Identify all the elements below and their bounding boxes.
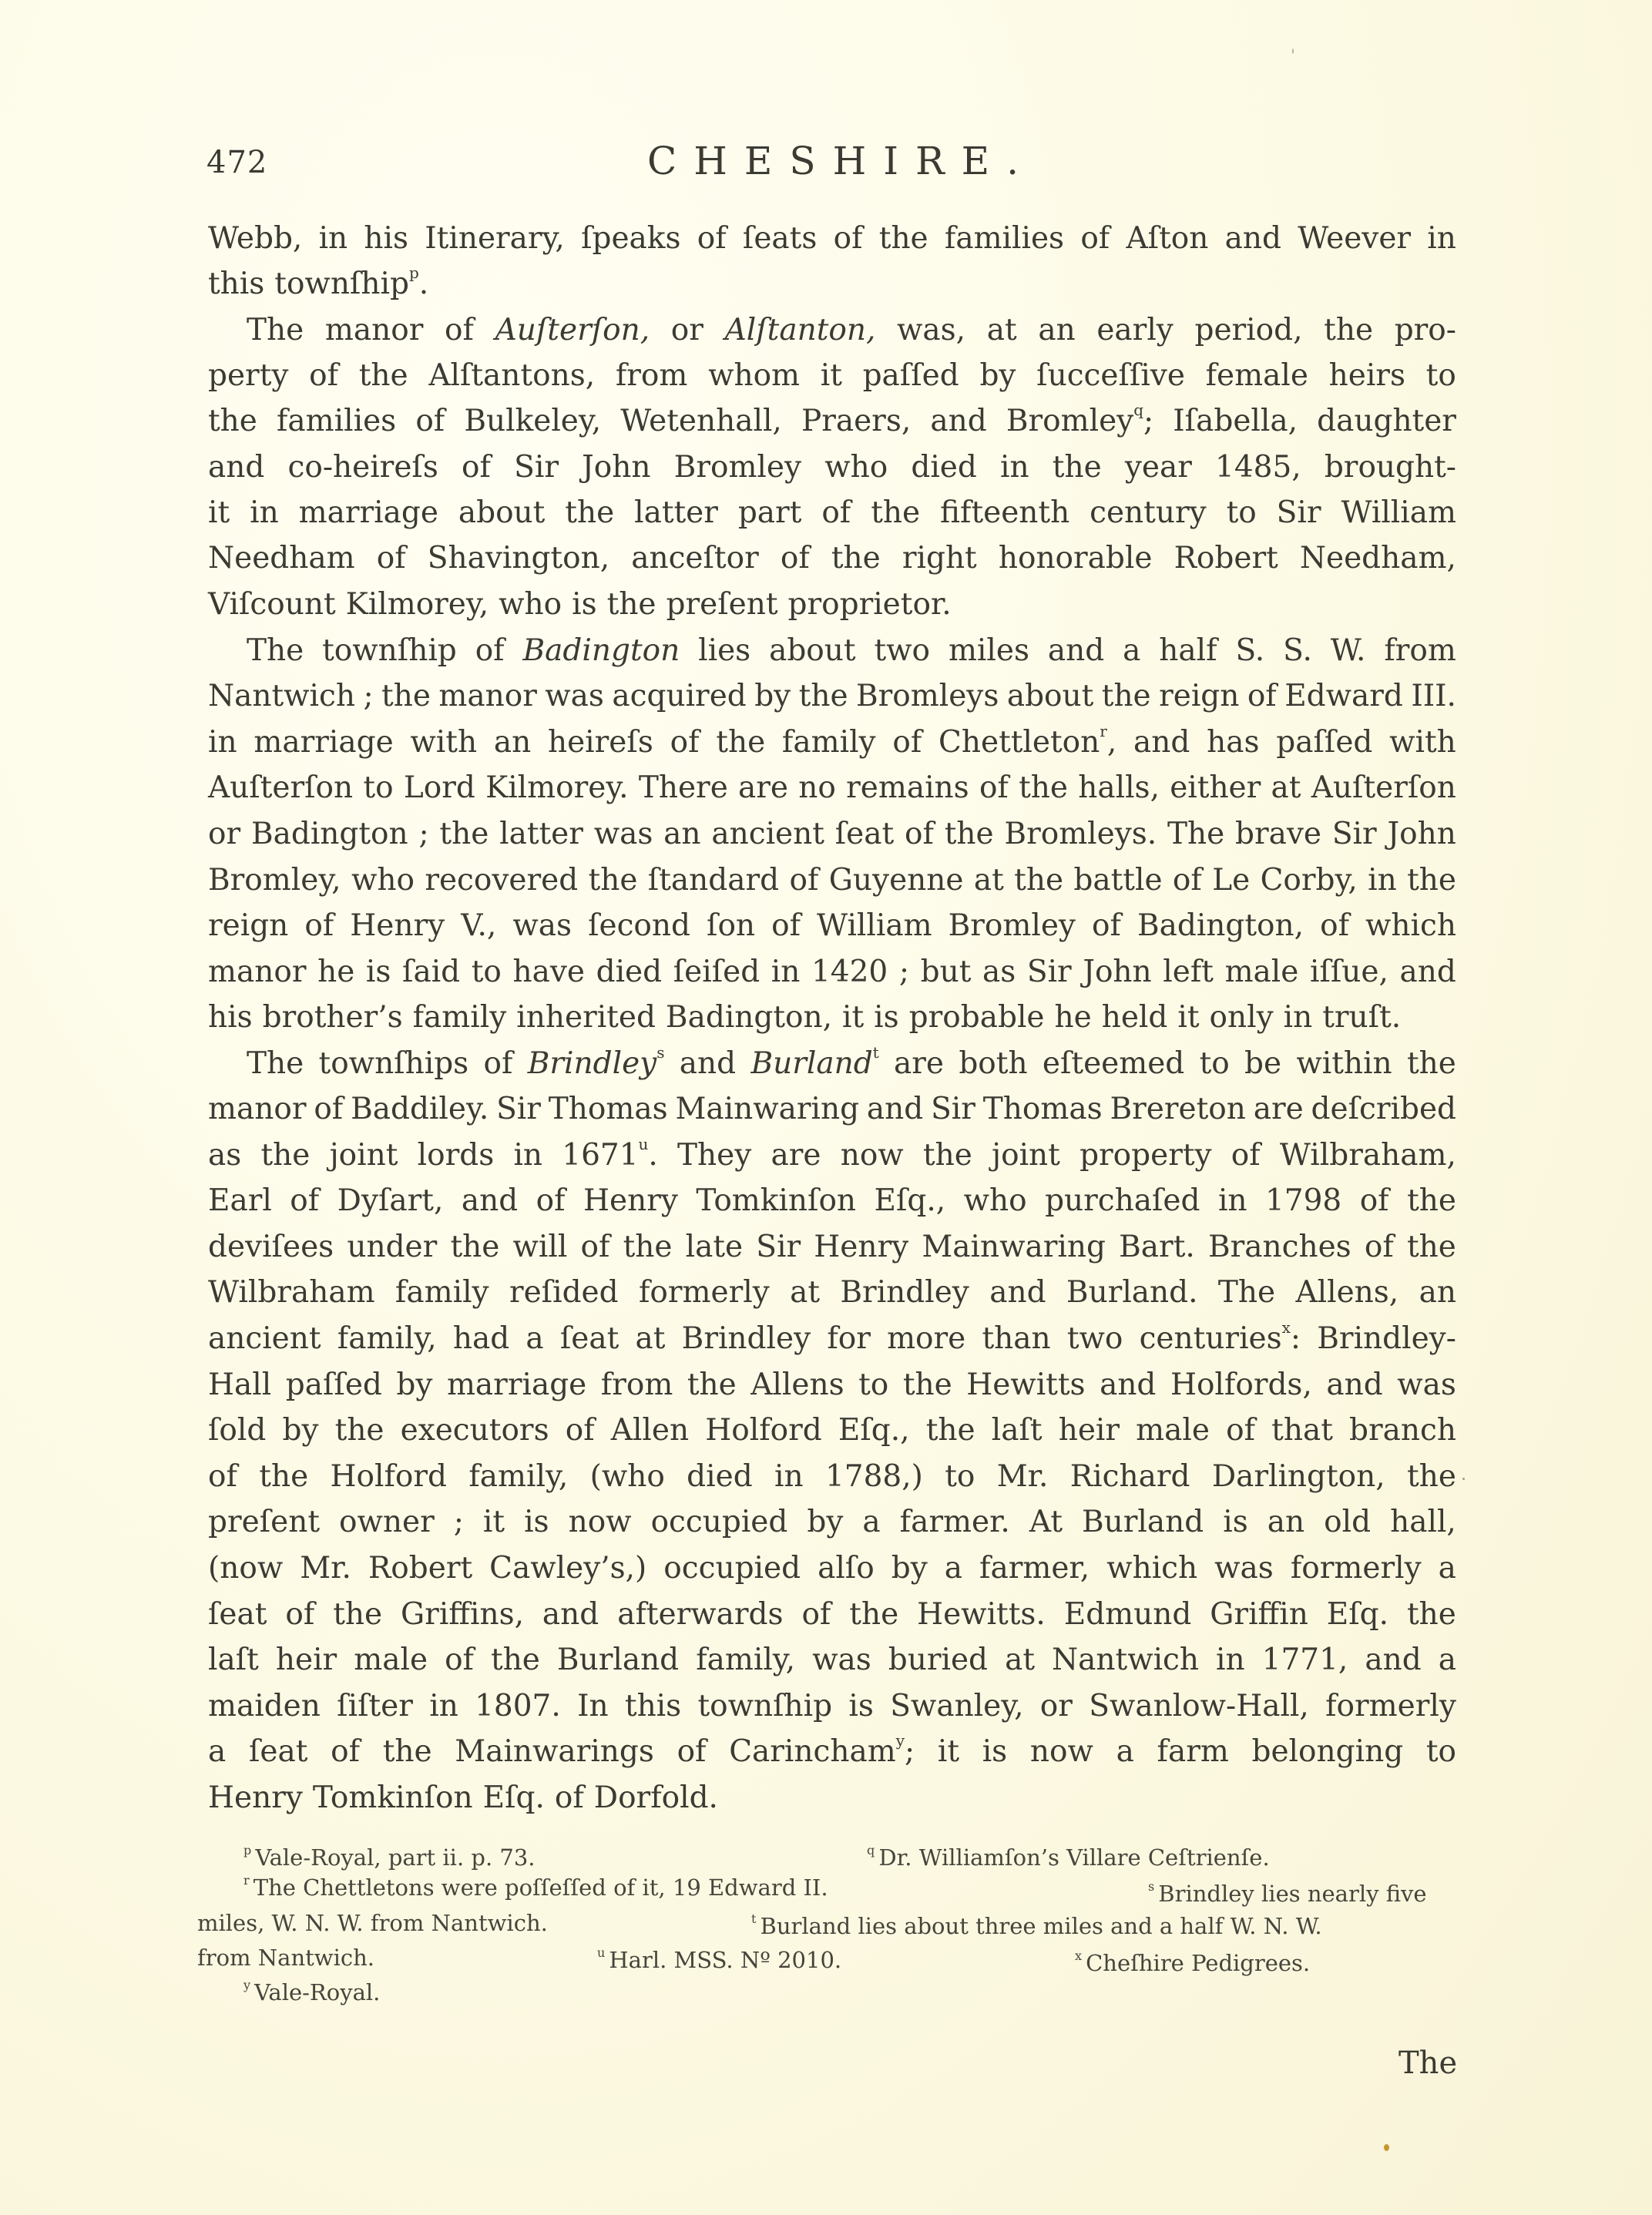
footnote-mark: p bbox=[243, 1843, 255, 1858]
footnote: x Cheſhire Pedigrees. bbox=[1075, 1949, 1310, 1977]
word: Tomkinſon bbox=[696, 1182, 856, 1220]
word: Robert bbox=[368, 1549, 472, 1588]
word: of bbox=[377, 539, 406, 578]
word: under bbox=[347, 1228, 437, 1267]
text-line: thefamiliesofBulkeley,Wetenhall,Praers,a… bbox=[208, 402, 1456, 441]
word: Edmund bbox=[1064, 1596, 1192, 1634]
word: Eſq. bbox=[1327, 1596, 1388, 1634]
word: be bbox=[1244, 1045, 1281, 1083]
word: of bbox=[536, 1182, 566, 1220]
word: to bbox=[1227, 494, 1257, 532]
word: an bbox=[663, 815, 700, 854]
word: is bbox=[524, 1503, 549, 1542]
word: joint bbox=[992, 1136, 1060, 1175]
word: Brindleys bbox=[528, 1045, 665, 1083]
text-line: ſeatoftheGriffins,andafterwardsoftheHewi… bbox=[208, 1596, 1456, 1634]
word: property bbox=[1080, 1136, 1211, 1175]
word: joint bbox=[330, 1136, 398, 1175]
word: William bbox=[1341, 494, 1456, 532]
footnote-mark: y bbox=[243, 1978, 254, 1992]
word: pro- bbox=[1395, 311, 1456, 350]
word: Wilbraham bbox=[208, 1274, 375, 1312]
word: 1671u. bbox=[562, 1136, 658, 1175]
word: Wilbraham, bbox=[1280, 1136, 1456, 1175]
footnote-reference[interactable]: r bbox=[1100, 722, 1107, 740]
word: of bbox=[445, 1641, 474, 1680]
word: in bbox=[429, 1687, 458, 1726]
word: Dorfold. bbox=[594, 1779, 718, 1817]
word: Allen bbox=[611, 1411, 689, 1450]
word: this bbox=[208, 265, 264, 304]
word: now bbox=[841, 1136, 904, 1175]
text-line: preſentowner;itisnowoccupiedbyafarmer.At… bbox=[208, 1503, 1456, 1542]
word: Baddiley. bbox=[351, 1090, 489, 1129]
word: Sir bbox=[1277, 494, 1321, 532]
paper-speck bbox=[1462, 1478, 1465, 1480]
word: townſhips bbox=[319, 1045, 469, 1083]
footnote-text: Cheſhire Pedigrees. bbox=[1086, 1950, 1310, 1976]
word: Eſq., bbox=[838, 1411, 910, 1450]
word: the bbox=[450, 1228, 499, 1267]
word: of bbox=[484, 1045, 513, 1083]
word: and bbox=[1048, 632, 1104, 670]
word: two bbox=[874, 632, 930, 670]
word: halls, bbox=[1078, 769, 1160, 807]
word: III. bbox=[1411, 677, 1456, 716]
word: Darlington, bbox=[1212, 1458, 1385, 1496]
word: ſon bbox=[707, 907, 755, 945]
word: Henry bbox=[350, 907, 445, 945]
footnote-text: miles, W. N. W. from Nantwich. bbox=[197, 1910, 548, 1936]
word: At bbox=[1029, 1503, 1063, 1542]
word: in bbox=[513, 1136, 542, 1175]
word: was bbox=[1397, 1366, 1456, 1405]
text-line: ThemanorofAuſterſon,orAlſtanton,was,atan… bbox=[247, 311, 1456, 350]
word: Sir bbox=[496, 1090, 541, 1129]
word: of bbox=[1092, 907, 1121, 945]
text-line: ancientfamily,hadaſeatatBrindleyformoret… bbox=[208, 1320, 1456, 1358]
word: of bbox=[821, 494, 851, 532]
word: 1771, bbox=[1262, 1641, 1348, 1680]
word: and bbox=[1133, 723, 1190, 762]
word: it bbox=[938, 1733, 959, 1771]
word: Auſterſon, bbox=[495, 311, 650, 350]
word: the bbox=[439, 815, 489, 854]
footnote: s Brindley lies nearly five bbox=[1148, 1880, 1427, 1908]
word: centuriesx: bbox=[1140, 1320, 1301, 1358]
word: was bbox=[512, 907, 572, 945]
word: The bbox=[247, 632, 304, 670]
word: ſtandard bbox=[648, 861, 779, 900]
word: (now bbox=[208, 1549, 283, 1588]
word: lies bbox=[698, 632, 750, 670]
word: formerly bbox=[1325, 1687, 1456, 1726]
word: probable bbox=[909, 998, 1045, 1037]
word: occupied bbox=[663, 1549, 801, 1588]
word: Praers, bbox=[801, 402, 911, 441]
word: in bbox=[1368, 861, 1397, 900]
word: of bbox=[1231, 1136, 1261, 1175]
word: heir bbox=[276, 1641, 337, 1680]
word: or bbox=[208, 815, 240, 854]
word: is bbox=[1223, 1503, 1248, 1542]
word: Henry bbox=[583, 1182, 678, 1220]
word: in bbox=[771, 953, 801, 992]
word: lords bbox=[418, 1136, 495, 1175]
word: of bbox=[892, 723, 922, 762]
text-line: ViſcountKilmorey,whoisthepreſentpropriet… bbox=[208, 586, 1456, 624]
word: Griffins, bbox=[401, 1596, 524, 1634]
footnote-reference[interactable]: u bbox=[639, 1135, 649, 1153]
word: the bbox=[565, 494, 614, 532]
word: William bbox=[817, 907, 932, 945]
word: was bbox=[1214, 1549, 1274, 1588]
word: Badington, bbox=[666, 998, 832, 1037]
word: reign bbox=[208, 907, 288, 945]
footnote: q Dr. Williamſon’s Villare Ceſtrienſe. bbox=[867, 1844, 1270, 1871]
word: ſeat bbox=[835, 815, 894, 854]
word: are bbox=[894, 1045, 944, 1083]
word: 1807. bbox=[475, 1687, 561, 1726]
text-line: andco-heireſsofSirJohnBromleywhodiedinth… bbox=[208, 448, 1456, 487]
word: maiden bbox=[208, 1687, 321, 1726]
word: perty bbox=[208, 357, 288, 395]
word: right bbox=[902, 539, 977, 578]
word: Hewitts. bbox=[917, 1596, 1046, 1634]
word: left bbox=[1163, 953, 1214, 992]
word: Nantwich bbox=[1052, 1641, 1199, 1680]
footnote-mark: t bbox=[751, 1911, 761, 1926]
word: the bbox=[623, 1228, 673, 1267]
word: Badington, bbox=[1137, 907, 1304, 945]
word: are bbox=[738, 769, 788, 807]
word: the bbox=[589, 861, 638, 900]
footnote-reference[interactable]: t bbox=[873, 1043, 879, 1062]
text-line: hisbrother’sfamilyinheritedBadington,iti… bbox=[208, 998, 1456, 1037]
word: Allens, bbox=[1295, 1274, 1398, 1312]
word: Aſton bbox=[1127, 220, 1209, 258]
text-line: NeedhamofShavington,anceſtoroftherightho… bbox=[208, 539, 1456, 578]
word: Badington bbox=[251, 815, 408, 854]
word: Auſterſon bbox=[208, 769, 353, 807]
word: the bbox=[381, 677, 431, 716]
word: laſt bbox=[208, 1641, 259, 1680]
word: are bbox=[1254, 1090, 1304, 1129]
word: Viſcount bbox=[208, 586, 336, 624]
word: Bromley bbox=[674, 448, 801, 487]
word: co-heireſs bbox=[288, 448, 438, 487]
word: of bbox=[445, 311, 474, 350]
word: from bbox=[616, 357, 688, 395]
word: is bbox=[572, 586, 597, 624]
word: townſhipp. bbox=[274, 265, 428, 304]
word: part bbox=[738, 494, 802, 532]
text-line: pertyoftheAlſtantons,fromwhomitpaſſedbyſ… bbox=[208, 357, 1456, 395]
word: 1485, bbox=[1215, 448, 1301, 487]
word: of bbox=[670, 723, 700, 762]
word: hall, bbox=[1390, 1503, 1456, 1542]
word: a bbox=[1123, 632, 1140, 670]
word: have bbox=[513, 953, 585, 992]
word: within bbox=[1296, 1045, 1392, 1083]
word: manor bbox=[208, 953, 306, 992]
word: iſſue, bbox=[1310, 953, 1388, 992]
word: to bbox=[1426, 357, 1456, 395]
word: by bbox=[807, 1503, 843, 1542]
word: and bbox=[680, 1045, 736, 1083]
word: now bbox=[569, 1503, 632, 1542]
word: heir bbox=[1059, 1411, 1120, 1450]
word: the bbox=[259, 1458, 308, 1496]
word: townſhip bbox=[322, 632, 457, 670]
word: ; bbox=[899, 953, 909, 992]
word: Richard bbox=[1070, 1458, 1190, 1496]
word: with bbox=[1389, 723, 1456, 762]
text-line: Bromley,whorecoveredtheſtandardofGuyenne… bbox=[208, 861, 1456, 900]
footnote-reference[interactable]: p bbox=[409, 263, 419, 282]
word: of bbox=[697, 220, 727, 258]
word: ſeat bbox=[560, 1320, 619, 1358]
word: Weever bbox=[1298, 220, 1411, 258]
word: by bbox=[891, 1549, 928, 1588]
footnote-reference[interactable]: x bbox=[1282, 1318, 1291, 1337]
footnote: t Burland lies about three miles and a h… bbox=[751, 1912, 1322, 1940]
word: are bbox=[771, 1136, 821, 1175]
footnote-text: Dr. Williamſon’s Villare Ceſtrienſe. bbox=[878, 1844, 1269, 1871]
word: of bbox=[781, 539, 810, 578]
text-line: Webb,inhisItinerary,ſpeaksofſeatsofthefa… bbox=[208, 220, 1456, 258]
footnote-reference[interactable]: y bbox=[896, 1731, 905, 1750]
word: to bbox=[472, 953, 502, 992]
word: afterwards bbox=[617, 1596, 783, 1634]
footnote-mark: s bbox=[1148, 1879, 1158, 1894]
word: an bbox=[494, 723, 531, 762]
word: Griffin bbox=[1210, 1596, 1308, 1634]
word: marriage bbox=[447, 1366, 586, 1405]
footnote-text: Vale-Royal, part ii. p. 73. bbox=[255, 1844, 535, 1871]
word: from bbox=[601, 1366, 673, 1405]
word: is bbox=[982, 1733, 1008, 1771]
word: Tomkinſon bbox=[313, 1779, 473, 1817]
word: branch bbox=[1349, 1411, 1456, 1450]
word: the bbox=[1407, 1596, 1456, 1634]
word: now bbox=[1030, 1733, 1093, 1771]
text-line: aſeatoftheMainwaringsofCarinchamy;itisno… bbox=[208, 1733, 1456, 1771]
word: Shavington, bbox=[428, 539, 609, 578]
word: Thomas bbox=[549, 1090, 668, 1129]
word: in bbox=[1000, 448, 1029, 487]
word: ſpeaks bbox=[581, 220, 680, 258]
text-line: HallpaſſedbymarriagefromtheAllenstotheHe… bbox=[208, 1366, 1456, 1405]
word: family, bbox=[696, 1641, 795, 1680]
word: Swanlow-Hall, bbox=[1089, 1687, 1309, 1726]
word: Bulkeley, bbox=[464, 402, 601, 441]
word: John bbox=[582, 448, 650, 487]
word: farm bbox=[1157, 1733, 1229, 1771]
word: the bbox=[1019, 769, 1068, 807]
word: 1798 bbox=[1265, 1182, 1341, 1220]
word: Brindley bbox=[840, 1274, 969, 1312]
word: a bbox=[1116, 1733, 1134, 1771]
word: and bbox=[462, 1182, 518, 1220]
word: deſcribed bbox=[1311, 1090, 1456, 1129]
word: Alſtantons, bbox=[428, 357, 595, 395]
word: the bbox=[849, 1596, 898, 1634]
word: Bart. bbox=[1119, 1228, 1195, 1267]
word: Lord bbox=[404, 769, 475, 807]
word: by bbox=[283, 1411, 319, 1450]
word: of bbox=[1247, 677, 1277, 716]
word: brought- bbox=[1325, 448, 1456, 487]
word: Allens bbox=[750, 1366, 844, 1405]
footnote-text: Harl. MSS. Nº 2010. bbox=[609, 1947, 841, 1973]
word: period, bbox=[1194, 311, 1302, 350]
word: of bbox=[771, 907, 801, 945]
word: in bbox=[1427, 220, 1456, 258]
word: to bbox=[858, 1366, 888, 1405]
word: Mainwaring bbox=[675, 1090, 859, 1129]
word: the bbox=[687, 1366, 737, 1405]
word: family bbox=[395, 1274, 489, 1312]
word: the bbox=[945, 815, 994, 854]
word: about bbox=[769, 632, 856, 670]
word: ; bbox=[454, 1503, 464, 1542]
word: miles bbox=[949, 632, 1029, 670]
word: female bbox=[1206, 357, 1308, 395]
word: family bbox=[413, 998, 507, 1037]
footnote-text: Brindley lies nearly five bbox=[1158, 1881, 1426, 1907]
word: ; bbox=[363, 677, 373, 716]
word: Needham, bbox=[1300, 539, 1456, 578]
word: the bbox=[260, 1136, 310, 1175]
word: the bbox=[1014, 861, 1063, 900]
word: it bbox=[208, 494, 230, 532]
word: occupied bbox=[651, 1503, 788, 1542]
text-line: reignofHenryV.,wasſecondſonofWilliamBrom… bbox=[208, 907, 1456, 945]
word: by bbox=[979, 357, 1016, 395]
word: Edward bbox=[1284, 677, 1403, 716]
word: ſeats bbox=[743, 220, 817, 258]
word: of bbox=[290, 1182, 319, 1220]
word: held bbox=[1102, 998, 1168, 1037]
word: of bbox=[304, 907, 334, 945]
text-line: AuſterſontoLordKilmorey.Therearenoremain… bbox=[208, 769, 1456, 807]
word: paſſed bbox=[286, 1366, 382, 1405]
footnote-text: from Nantwich. bbox=[197, 1945, 374, 1971]
word: and bbox=[930, 402, 986, 441]
word: which bbox=[1365, 907, 1456, 945]
word: Kilmorey, bbox=[346, 586, 489, 624]
word: and bbox=[1100, 1366, 1156, 1405]
word: than bbox=[982, 1320, 1050, 1358]
word: of bbox=[1360, 1182, 1389, 1220]
word: the bbox=[831, 539, 881, 578]
word: remains bbox=[846, 769, 969, 807]
text-line: ThetownſhipofBadingtonliesabouttwomilesa… bbox=[247, 632, 1456, 670]
word: farmer, bbox=[979, 1549, 1090, 1588]
word: S. bbox=[1283, 632, 1312, 670]
word: in bbox=[319, 220, 348, 258]
text-line: WilbrahamfamilyreſidedformerlyatBrindley… bbox=[208, 1274, 1456, 1312]
word: Thomas bbox=[983, 1090, 1103, 1129]
word: no bbox=[798, 769, 836, 807]
word: marriage bbox=[299, 494, 438, 532]
word: ſecond bbox=[588, 907, 690, 945]
word: at bbox=[790, 1274, 820, 1312]
word: Dyſart, bbox=[337, 1182, 444, 1220]
word: fifteenth bbox=[940, 494, 1069, 532]
word: who bbox=[964, 1182, 1027, 1220]
word: latter bbox=[499, 815, 583, 854]
word: S. bbox=[1235, 632, 1264, 670]
word: and bbox=[867, 1090, 923, 1129]
word: 1788,) bbox=[825, 1458, 923, 1496]
word: Robert bbox=[1174, 539, 1278, 578]
word: Sir bbox=[1332, 815, 1377, 854]
word: Chettletonr, bbox=[938, 723, 1116, 762]
word: families bbox=[945, 220, 1064, 258]
word: the bbox=[926, 1411, 975, 1450]
text-line: maidenſiſterin1807.InthistownſhipisSwanl… bbox=[208, 1687, 1456, 1726]
word: and bbox=[1400, 953, 1456, 992]
catchword: The bbox=[1398, 2046, 1457, 2081]
word: Henry bbox=[814, 1228, 908, 1267]
word: year bbox=[1125, 448, 1192, 487]
footnote-reference[interactable]: q bbox=[1133, 401, 1143, 419]
word: ſaid bbox=[402, 953, 460, 992]
word: of bbox=[1226, 1411, 1255, 1450]
footnote: miles, W. N. W. from Nantwich. bbox=[197, 1909, 548, 1937]
word: Wetenhall, bbox=[620, 402, 782, 441]
word: either bbox=[1170, 769, 1261, 807]
word: to bbox=[363, 769, 393, 807]
word: a bbox=[208, 1733, 226, 1771]
text-line: oftheHolfordfamily,(whodiedin1788,)toMr.… bbox=[208, 1458, 1456, 1496]
word: the bbox=[607, 586, 656, 624]
word: Bromleys bbox=[856, 677, 999, 716]
text-line: thistownſhipp. bbox=[208, 265, 1456, 304]
word: is bbox=[874, 998, 899, 1037]
footnote: y Vale-Royal. bbox=[243, 1978, 380, 2006]
word: of bbox=[566, 1411, 595, 1450]
word: an bbox=[1038, 311, 1075, 350]
word: Brindley- bbox=[1317, 1320, 1456, 1358]
word: male bbox=[1225, 953, 1299, 992]
word: century bbox=[1090, 494, 1207, 532]
word: preſent bbox=[208, 1503, 320, 1542]
word: a bbox=[945, 1549, 962, 1588]
word: Brereton bbox=[1110, 1090, 1245, 1129]
word: Bromley bbox=[949, 907, 1076, 945]
word: owner bbox=[339, 1503, 435, 1542]
word: belonging bbox=[1252, 1733, 1404, 1771]
word: of bbox=[801, 1596, 831, 1634]
word: recovered bbox=[425, 861, 578, 900]
word: died bbox=[687, 1458, 752, 1496]
word: Mr. bbox=[300, 1549, 351, 1588]
word: late bbox=[686, 1228, 743, 1267]
word: of bbox=[834, 220, 863, 258]
word: battle bbox=[1073, 861, 1162, 900]
word: the bbox=[799, 677, 848, 716]
word: eſteemed bbox=[1043, 1045, 1184, 1083]
word: of bbox=[309, 357, 338, 395]
word: John bbox=[1083, 953, 1151, 992]
word: ancient bbox=[208, 1320, 321, 1358]
word: and bbox=[989, 1274, 1046, 1312]
word: this bbox=[625, 1687, 681, 1726]
footnote-reference[interactable]: s bbox=[656, 1043, 664, 1062]
